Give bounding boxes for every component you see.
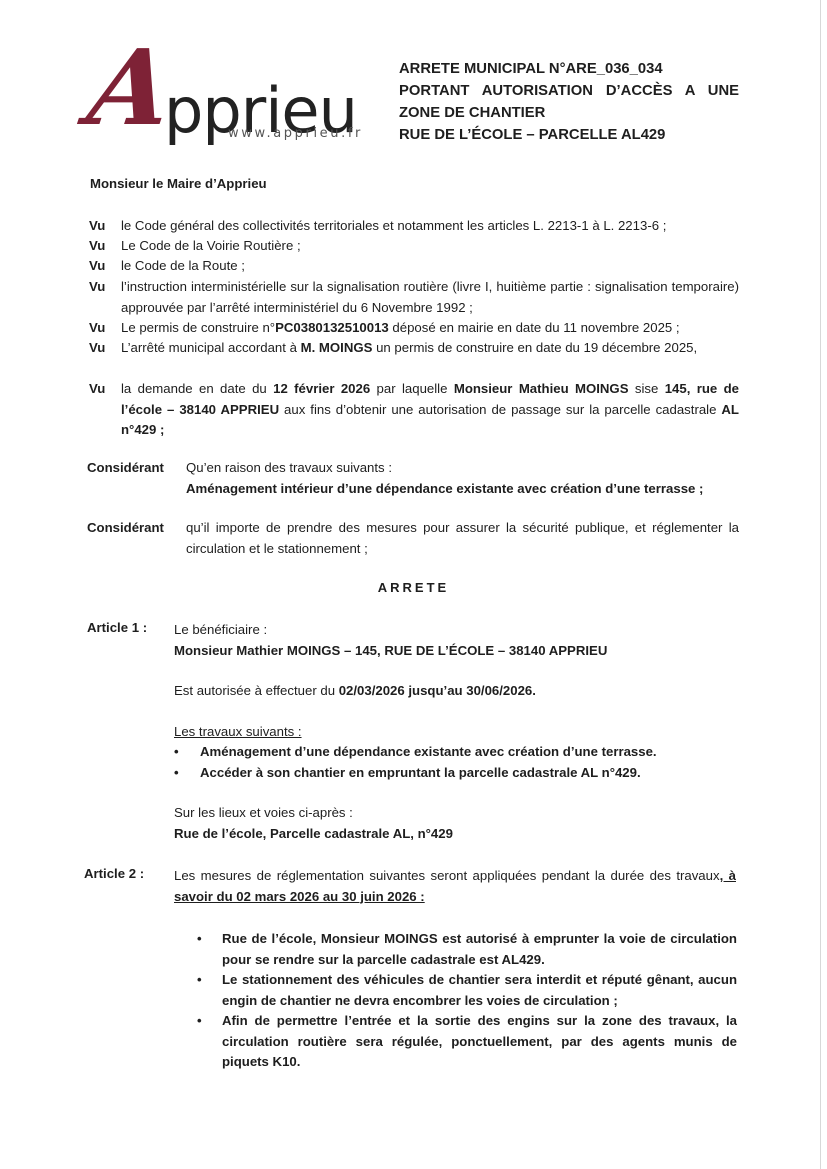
authorization-prefix: Est autorisée à effectuer du — [174, 683, 339, 698]
article-1-label: Article 1 : — [87, 620, 147, 635]
places-label: Sur les lieux et voies ci-après : — [174, 803, 736, 824]
vu-label: Vu — [89, 277, 105, 298]
apprieu-logo: A pprieu www.apprieu.fr — [90, 42, 390, 152]
works-label: Les travaux suivants : — [174, 722, 736, 743]
vu-text: Le permis de construire n°PC038013251001… — [121, 318, 739, 339]
document-title: ARRETE MUNICIPAL N°ARE_036_034 PORTANT A… — [399, 58, 739, 146]
vu-text: L’arrêté municipal accordant à M. MOINGS… — [121, 338, 739, 359]
beneficiary-label: Le bénéficiaire : — [174, 620, 736, 641]
beneficiary: Monsieur Mathier MOINGS – 145, RUE DE L’… — [174, 641, 736, 662]
vu-text: la demande en date du 12 février 2026 pa… — [121, 379, 739, 441]
place: Rue de l’école, Parcelle cadastrale AL, … — [174, 824, 736, 845]
authorization-dates: Est autorisée à effectuer du 02/03/2026 … — [174, 681, 736, 702]
vu-text: l’instruction interministérielle sur la … — [121, 277, 739, 318]
arrete-heading: ARRETE — [0, 580, 827, 595]
article-2-intro: Les mesures de réglementation suivantes … — [174, 868, 720, 883]
list-item: Aménagement d’une dépendance existante a… — [174, 742, 736, 763]
title-line: PORTANT AUTORISATION D’ACCÈS A UNE — [399, 80, 739, 102]
authority-heading: Monsieur le Maire d’Apprieu — [90, 176, 267, 191]
article-1-body: Le bénéficiaire : Monsieur Mathier MOING… — [174, 620, 736, 844]
article-2-body: Les mesures de réglementation suivantes … — [174, 866, 736, 907]
authorization-period: 02/03/2026 jusqu’au 30/06/2026. — [339, 683, 536, 698]
title-line: RUE DE L’ÉCOLE – PARCELLE AL429 — [399, 124, 739, 146]
vu-label: Vu — [89, 216, 105, 237]
title-line: ZONE DE CHANTIER — [399, 102, 739, 124]
vu-text: le Code de la Route ; — [121, 256, 739, 277]
considerant-text: qu’il importe de prendre des mesures pou… — [186, 518, 739, 559]
list-item: Le stationnement des véhicules de chanti… — [197, 970, 737, 1011]
considerant-intro: Qu’en raison des travaux suivants : — [186, 458, 739, 479]
vu-label: Vu — [89, 256, 105, 277]
vu-label: Vu — [89, 338, 105, 359]
list-item: Rue de l’école, Monsieur MOINGS est auto… — [197, 929, 737, 970]
article-2-label: Article 2 : — [84, 866, 144, 881]
vu-label: Vu — [89, 236, 105, 257]
considerant-label: Considérant — [87, 518, 164, 539]
logo-url: www.apprieu.fr — [228, 126, 363, 141]
considerant-text: Qu’en raison des travaux suivants : Amén… — [186, 458, 739, 499]
title-line: ARRETE MUNICIPAL N°ARE_036_034 — [399, 58, 739, 80]
considerant-label: Considérant — [87, 458, 164, 479]
measures-list: Rue de l’école, Monsieur MOINGS est auto… — [197, 929, 737, 1073]
vu-text: le Code général des collectivités territ… — [121, 216, 739, 237]
vu-text: Le Code de la Voirie Routière ; — [121, 236, 739, 257]
considerant-works: Aménagement intérieur d’une dépendance e… — [186, 479, 739, 500]
list-item: Accéder à son chantier en empruntant la … — [174, 763, 736, 784]
works-list: Aménagement d’une dépendance existante a… — [174, 742, 736, 783]
vu-label: Vu — [89, 379, 105, 400]
vu-label: Vu — [89, 318, 105, 339]
list-item: Afin de permettre l’entrée et la sortie … — [197, 1011, 737, 1073]
